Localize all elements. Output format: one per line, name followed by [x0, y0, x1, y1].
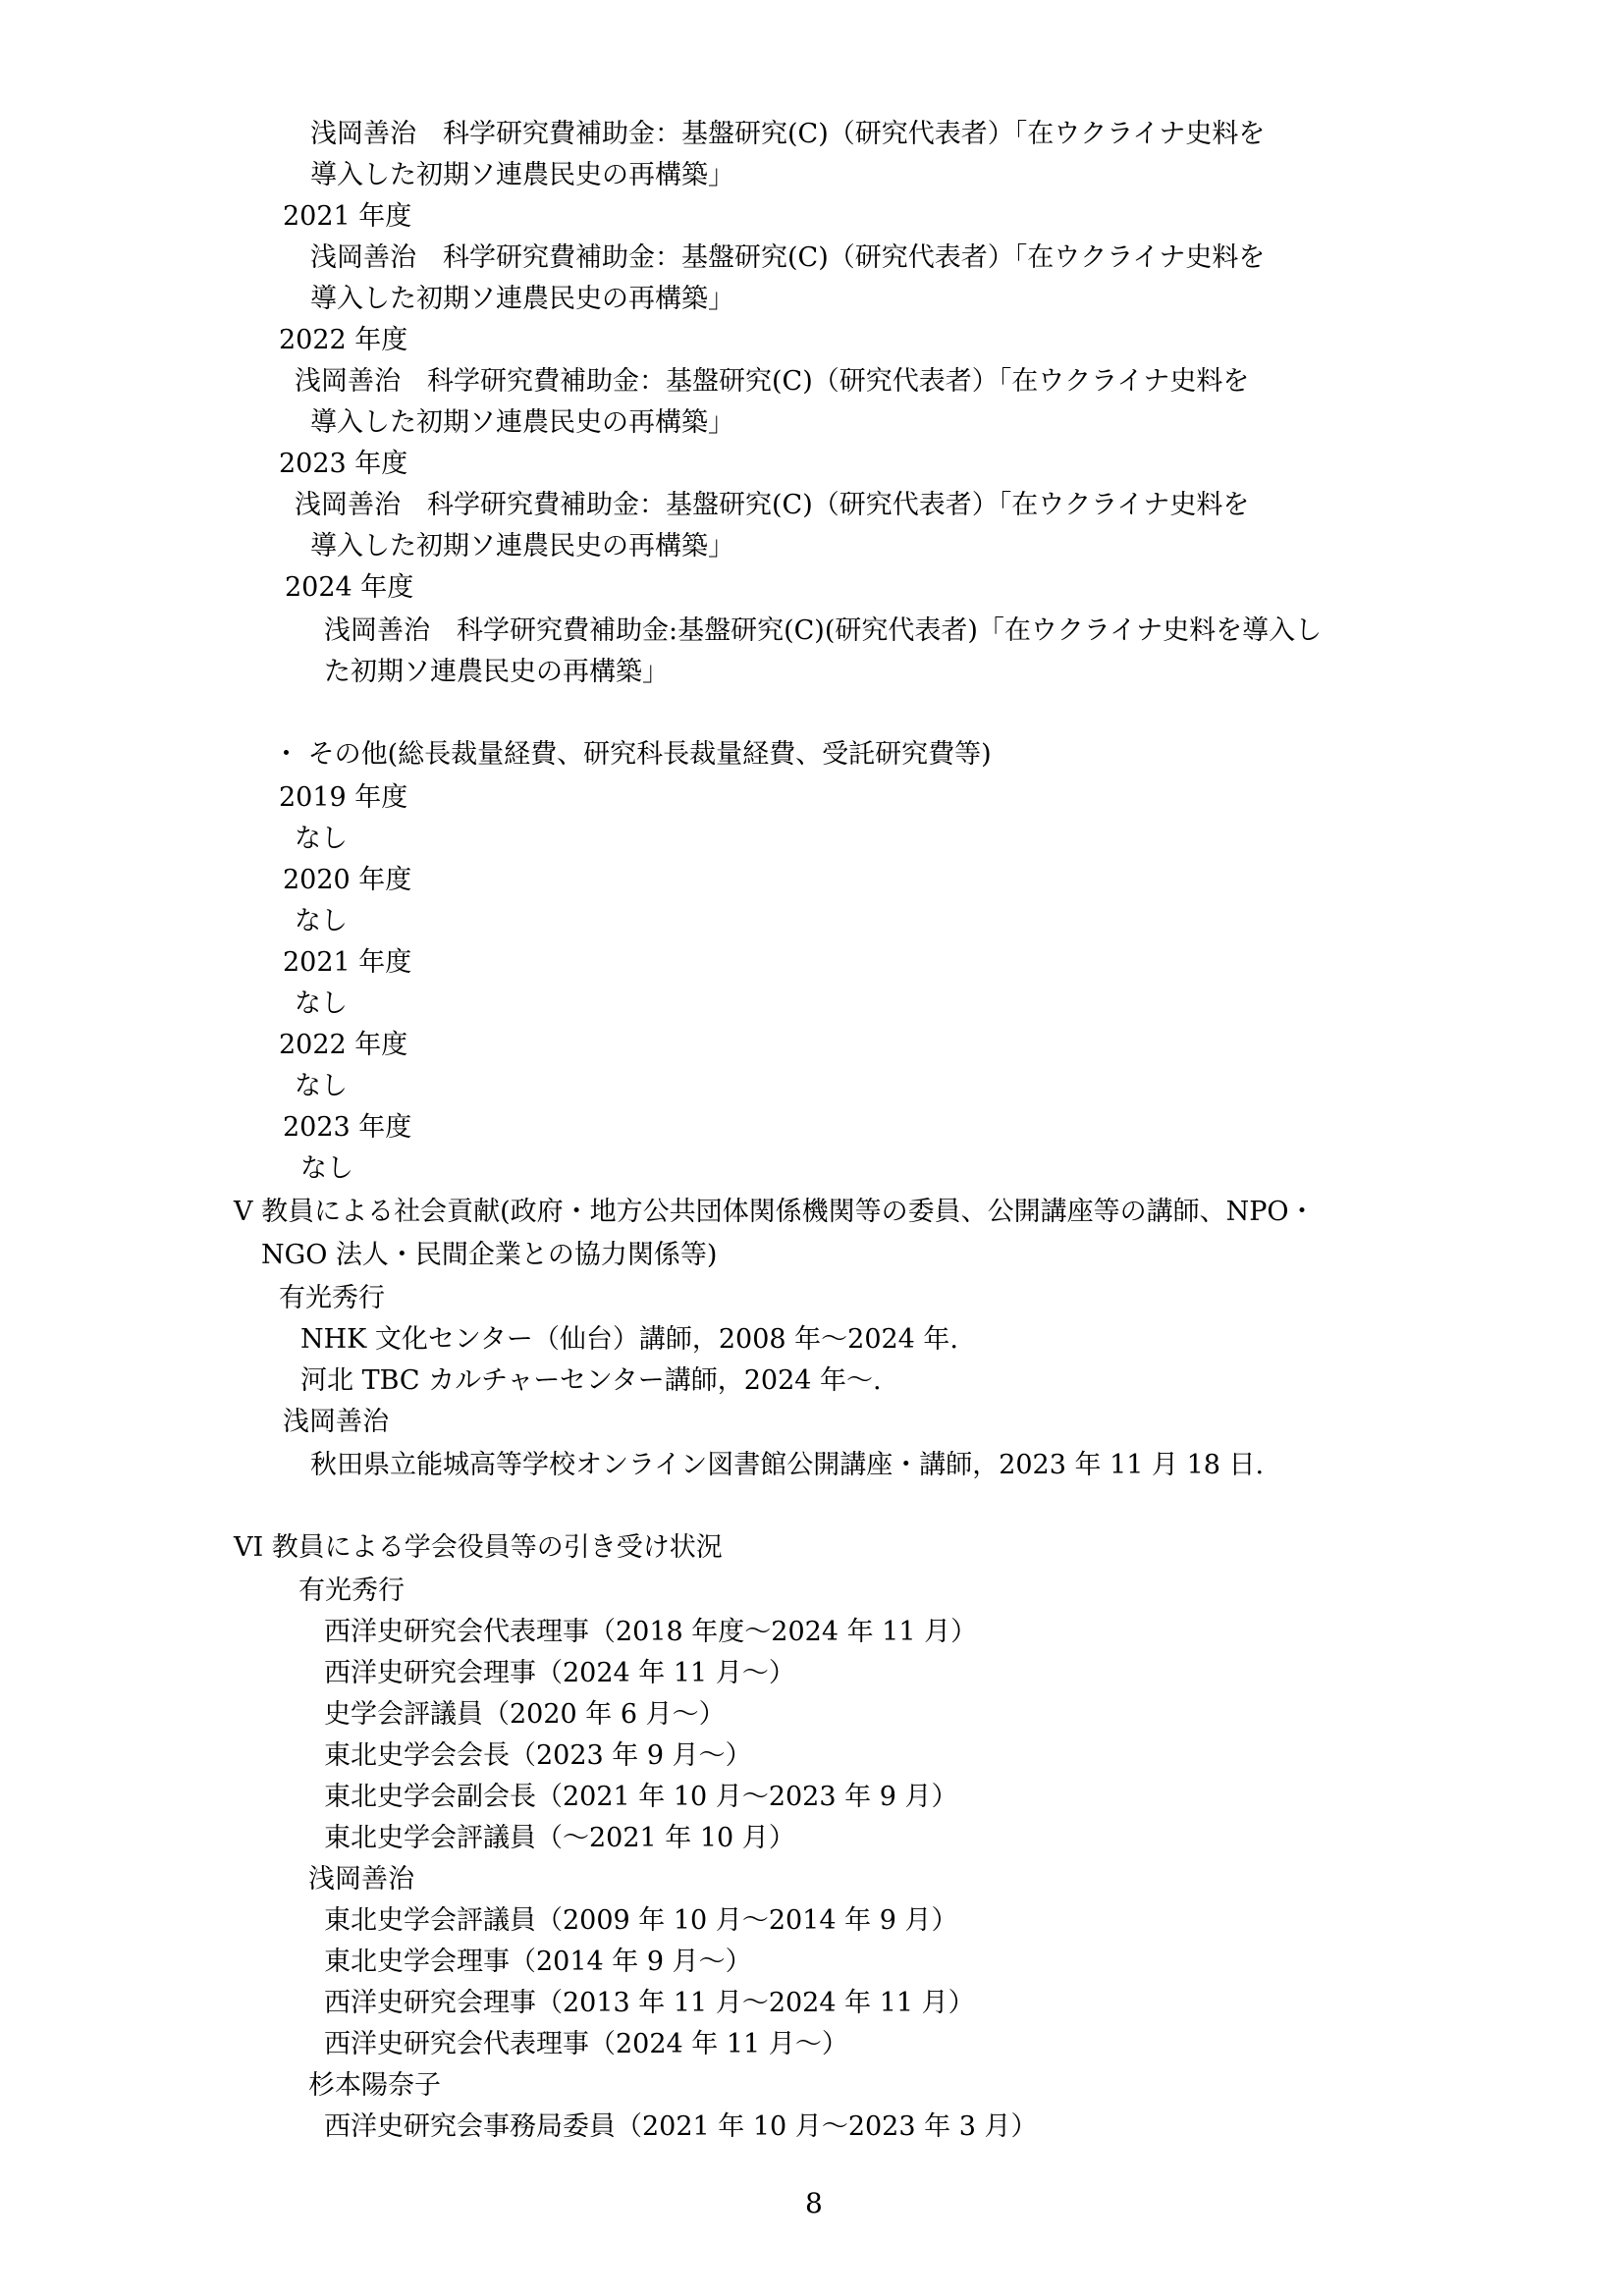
section6-item: 東北史学会評議員（2009 年 10 月～2014 年 9 月）: [324, 1904, 957, 1938]
section6-item: 西洋史研究会理事（2024 年 11 月～）: [324, 1657, 795, 1690]
kaken-year-2021: 2021 年度: [283, 200, 411, 234]
kaken-year-2024: 2024 年度: [285, 571, 413, 605]
other-year-2021: 2021 年度: [283, 946, 411, 980]
section5-item: 秋田県立能城高等学校オンライン図書館公開講座・講師，2023 年 11 月 18…: [310, 1449, 1264, 1482]
kaken-2023-line2: 導入した初期ソ連農民史の再構築」: [310, 530, 734, 563]
other-value-2019: なし: [295, 823, 348, 856]
section6-person-arimitsu: 有光秀行: [298, 1575, 405, 1608]
other-year-2023: 2023 年度: [283, 1111, 411, 1145]
section6-person-sugimoto: 杉本陽奈子: [308, 2069, 441, 2103]
other-value-2021: なし: [295, 988, 348, 1021]
section6-item: 東北史学会副会長（2021 年 10 月～2023 年 9 月）: [324, 1781, 957, 1814]
kaken-2023-line1: 浅岡善治 科学研究費補助金：基盤研究(C)（研究代表者）「在ウクライナ史料を: [295, 489, 1249, 522]
kaken-2021-line2: 導入した初期ソ連農民史の再構築」: [310, 283, 734, 316]
kaken-2021-line1: 浅岡善治 科学研究費補助金：基盤研究(C)（研究代表者）「在ウクライナ史料を: [310, 241, 1265, 275]
section6-heading: VI 教員による学会役員等の引き受け状況: [234, 1531, 723, 1565]
section6-item: 東北史学会会長（2023 年 9 月～）: [324, 1739, 752, 1773]
section5-heading-line2: NGO 法人・民間企業との協力関係等): [261, 1239, 717, 1272]
other-year-2019: 2019 年度: [279, 781, 407, 815]
section5-person-arimitsu: 有光秀行: [279, 1282, 385, 1315]
kaken-year-2022: 2022 年度: [279, 324, 407, 357]
kaken-2024-line1: 浅岡善治 科学研究費補助金:基盤研究(C)(研究代表者)「在ウクライナ史料を導入…: [324, 614, 1322, 648]
section6-person-asaoka: 浅岡善治: [308, 1863, 414, 1896]
other-value-2020: なし: [295, 905, 348, 938]
section6-item: 史学会評議員（2020 年 6 月～）: [324, 1698, 726, 1732]
other-value-2022: なし: [295, 1070, 348, 1103]
section6-item: 西洋史研究会事務局委員（2021 年 10 月～2023 年 3 月）: [324, 2110, 1037, 2144]
section5-heading-line1: V 教員による社会貢献(政府・地方公共団体関係機関等の委員、公開講座等の講師、N…: [234, 1196, 1316, 1229]
section6-item: 西洋史研究会代表理事（2024 年 11 月～）: [324, 2028, 848, 2061]
section5-item: 河北 TBC カルチャーセンター講師，2024 年～.: [300, 1364, 882, 1398]
kaken-2022-line1: 浅岡善治 科学研究費補助金：基盤研究(C)（研究代表者）「在ウクライナ史料を: [295, 365, 1249, 399]
kaken-2020-line2: 導入した初期ソ連農民史の再構築」: [310, 159, 734, 192]
other-year-2022: 2022 年度: [279, 1029, 407, 1062]
other-funding-heading: ・ その他(総長裁量経費、研究科長裁量経費、受託研究費等): [273, 738, 992, 772]
section6-item: 東北史学会評議員（～2021 年 10 月）: [324, 1822, 795, 1855]
section5-item: NHK 文化センター（仙台）講師，2008 年～2024 年.: [300, 1323, 958, 1357]
other-year-2020: 2020 年度: [283, 864, 411, 897]
section6-item: 西洋史研究会代表理事（2018 年度～2024 年 11 月）: [324, 1616, 977, 1649]
section6-item: 西洋史研究会理事（2013 年 11 月～2024 年 11 月）: [324, 1987, 975, 2020]
section6-item: 東北史学会理事（2014 年 9 月～）: [324, 1946, 752, 1979]
page-number: 8: [805, 2187, 823, 2219]
kaken-2022-line2: 導入した初期ソ連農民史の再構築」: [310, 406, 734, 440]
other-value-2023: なし: [300, 1152, 353, 1186]
kaken-2024-line2: た初期ソ連農民史の再構築」: [324, 656, 669, 689]
section5-person-asaoka: 浅岡善治: [283, 1406, 389, 1439]
kaken-year-2023: 2023 年度: [279, 448, 407, 481]
kaken-2020-line1: 浅岡善治 科学研究費補助金：基盤研究(C)（研究代表者）「在ウクライナ史料を: [310, 118, 1265, 151]
